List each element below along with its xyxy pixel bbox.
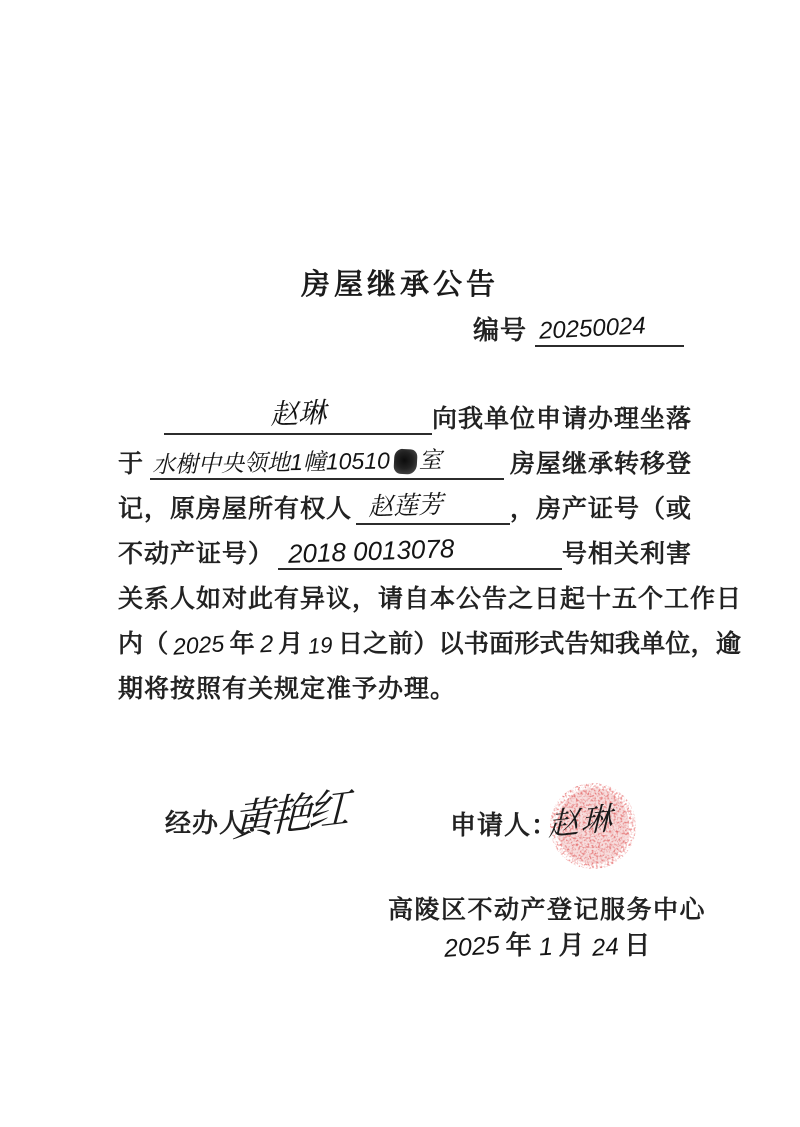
line4-prefix: 不动产证号）: [118, 534, 274, 570]
line6-prefix: 内（: [118, 624, 168, 660]
cert-number-field: 2018 0013078: [278, 528, 562, 570]
handler-signature-handwritten: 黄艳红: [232, 775, 346, 849]
page-title: 房屋继承公告: [0, 262, 800, 303]
issue-date-row: 2025 年 1 月 24 日: [438, 925, 651, 962]
line4-suffix: 号相关利害: [562, 534, 692, 570]
date-year-label: 年: [506, 925, 533, 962]
serial-label: 编号: [473, 310, 527, 347]
line6-suffix: 日之前）以书面形式告知我单位，逾: [338, 624, 741, 660]
body-line-5: 关系人如对此有异议，请自本公告之日起十五个工作日: [118, 570, 692, 615]
address-suffix-text: 室: [418, 441, 442, 474]
line3-suffix: ，房产证号（或: [510, 489, 692, 525]
ink-smudge: [393, 449, 417, 475]
line2-prefix: 于: [118, 444, 144, 480]
date-day-label: 日: [624, 925, 651, 962]
scanned-notice-page: 房屋继承公告 编号 20250024 赵琳 向我单位申请办理坐落 于 水榭中央领…: [0, 0, 800, 1127]
date-month-handwritten: 1: [538, 933, 553, 963]
line7-printed-text: 期将按照有关规定准予办理。: [118, 669, 456, 705]
applicant-signature-handwritten: 赵琳: [548, 792, 614, 844]
cert-number-handwritten: 2018 0013078: [288, 533, 455, 570]
line3-prefix: 记，原房屋所有权人: [118, 489, 352, 525]
body-line-6: 内（ 2025 年 2 月 19 日之前）以书面形式告知我单位，逾: [118, 615, 692, 660]
address-field: 水榭中央领地1幢10510室: [150, 438, 504, 480]
serial-number-row: 编号 20250024: [473, 311, 684, 347]
owner-name-field: 赵莲芳: [356, 483, 510, 525]
applicant-label: 申请人：: [450, 805, 558, 842]
date-year-handwritten: 2025: [443, 931, 501, 964]
body-line-3: 记，原房屋所有权人 赵莲芳 ，房产证号（或: [118, 480, 692, 525]
serial-value-handwritten: 20250024: [538, 312, 646, 346]
address-handwritten: 水榭中央领地1幢10510室: [152, 441, 442, 479]
body-line-2: 于 水榭中央领地1幢10510室 房屋继承转移登: [118, 435, 692, 480]
serial-blank-field: 20250024: [535, 309, 684, 347]
body-line-1: 赵琳 向我单位申请办理坐落: [118, 390, 692, 435]
applicant-name-handwritten: 赵琳: [269, 391, 326, 433]
body-line-4: 不动产证号） 2018 0013078 号相关利害: [118, 525, 692, 570]
body-line-7: 期将按照有关规定准予办理。: [118, 660, 692, 705]
line5-printed-text: 关系人如对此有异议，请自本公告之日起十五个工作日: [118, 579, 742, 615]
deadline-day-handwritten: 19: [307, 632, 333, 660]
date-month-label: 月: [559, 925, 586, 962]
notice-body: 赵琳 向我单位申请办理坐落 于 水榭中央领地1幢10510室 房屋继承转移登 记…: [118, 390, 692, 705]
line2-printed-text: 房屋继承转移登: [510, 444, 692, 480]
year-label: 年: [230, 624, 255, 660]
signature-row: 经办人： 黄艳红 申请人： 赵琳: [0, 780, 800, 880]
address-text: 水榭中央领地1幢10510: [152, 442, 390, 479]
deadline-year-handwritten: 2025: [173, 630, 226, 661]
applicant-name-field: 赵琳: [164, 393, 432, 435]
owner-name-handwritten: 赵莲芳: [367, 485, 443, 524]
issuing-org: 高陵区不动产登记服务中心: [388, 890, 706, 926]
deadline-month-handwritten: 2: [259, 631, 274, 660]
date-day-handwritten: 24: [591, 933, 620, 963]
month-label: 月: [278, 624, 303, 660]
line1-printed-text: 向我单位申请办理坐落: [432, 399, 692, 435]
